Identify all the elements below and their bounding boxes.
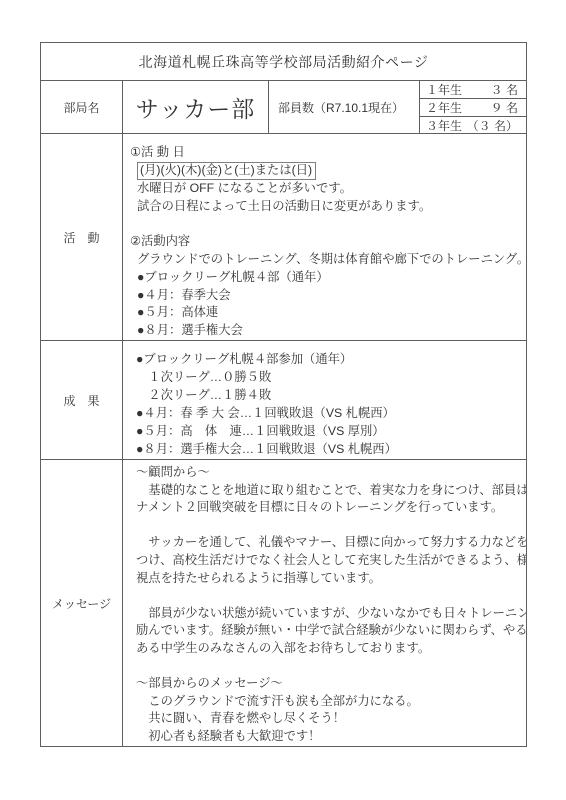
activity-content-line: グラウンドでのトレーニング、冬期は体育館や廊下でのトレーニング。 (123, 251, 526, 269)
blank-line (123, 587, 526, 605)
table-row: ２年生 ９ 名 (420, 98, 526, 116)
grade-label: ３年生 (426, 117, 462, 133)
activity-content-line: ●８月：選手権大会 (123, 322, 526, 340)
activity-content-line: ●ブロックリーグ札幌４部（通年） (123, 269, 526, 287)
page-title: 北海道札幌丘珠高等学校部局活動紹介ページ (41, 43, 526, 80)
activity-days-line: (月)(火)(木)(金)と(土)または(日) (123, 162, 526, 180)
results-line: ●８月：選手権大会…１回戦敗退（VS 札幌西） (123, 440, 526, 458)
message-line: 励んでいます。経験が無い・中学で試合経験が少ないに関わらず、やる気の (123, 622, 526, 640)
message-section: メッセージ ～顧問から～ 基礎的なことを地道に取り組むことで、着実な力を身につけ… (41, 459, 526, 746)
results-line: １次リーグ…０勝５敗 (123, 368, 526, 386)
member-count-table: １年生 ３ 名 ２年生 ９ 名 ３年生 （３ 名） (419, 81, 526, 133)
message-line: 共に闘い、青春を燃やし尽くそう！ (123, 710, 526, 728)
activity-days-note: 試合の日程によって土日の活動日に変更があります。 (123, 198, 526, 216)
results-line: ●ブロックリーグ札幌４部参加（通年） (123, 350, 526, 368)
activity-days-heading: ①活 動 日 (123, 144, 526, 162)
results-line: ２次リーグ…１勝４敗 (123, 386, 526, 404)
member-count-caption: 部員数（R7.10.1現在） (268, 81, 419, 133)
message-line: ある中学生のみなさんの入部をお待ちしております。 (123, 640, 526, 658)
activity-days-note: 水曜日が OFF になることが多いです。 (123, 180, 526, 198)
message-line: つけ、高校生活だけでなく社会人として充実した生活ができるよう、様々な (123, 552, 526, 570)
results-content: ●ブロックリーグ札幌４部参加（通年） １次リーグ…０勝５敗 ２次リーグ…１勝４敗… (122, 341, 526, 459)
activity-content: ①活 動 日 (月)(火)(木)(金)と(土)または(日) 水曜日が OFF に… (122, 134, 526, 340)
club-header-row: 部局名 サッカー部 部員数（R7.10.1現在） １年生 ３ 名 ２年生 ９ 名… (41, 80, 526, 133)
blank-line (123, 517, 526, 535)
activity-content-line: ●４月：春季大会 (123, 287, 526, 305)
message-line: ナメント２回戦突破を目標に日々のトレーニングを行っています。 (123, 499, 526, 517)
grade-label: １年生 (426, 81, 462, 98)
member-count: （３ 名） (467, 117, 518, 133)
activity-section: 活 動 ①活 動 日 (月)(火)(木)(金)と(土)または(日) 水曜日が O… (41, 133, 526, 340)
grade-label: ２年生 (426, 99, 462, 116)
message-line: サッカーを通して、礼儀やマナー、目標に向かって努力する力などを身に (123, 534, 526, 552)
table-row: １年生 ３ 名 (420, 81, 526, 98)
activity-content-heading: ②活動内容 (123, 233, 526, 251)
club-name: サッカー部 (122, 81, 268, 133)
activity-content-line: ●５月：高体連 (123, 304, 526, 322)
results-line: ●４月：春 季 大 会…１回戦敗退（VS 札幌西） (123, 404, 526, 422)
club-intro-document: 北海道札幌丘珠高等学校部局活動紹介ページ 部局名 サッカー部 部員数（R7.10… (40, 42, 527, 747)
message-line: ～顧問から～ (123, 464, 526, 482)
club-name-label: 部局名 (41, 81, 122, 133)
results-section: 成 果 ●ブロックリーグ札幌４部参加（通年） １次リーグ…０勝５敗 ２次リーグ…… (41, 340, 526, 459)
table-row: ３年生 （３ 名） (420, 116, 526, 133)
member-count: ９ 名 (491, 99, 518, 116)
message-content: ～顧問から～ 基礎的なことを地道に取り組むことで、着実な力を身につけ、部員はトー… (122, 460, 526, 746)
results-line: ●５月：高 体 連…１回戦敗退（VS 厚別） (123, 422, 526, 440)
message-line: 部員が少ない状態が続いていますが、少ないなかでも日々トレーニングに (123, 605, 526, 623)
blank-line (123, 658, 526, 676)
message-line: 基礎的なことを地道に取り組むことで、着実な力を身につけ、部員はトー (123, 482, 526, 500)
member-count: ３ 名 (491, 81, 518, 98)
activity-label: 活 動 (41, 134, 122, 340)
results-label: 成 果 (41, 341, 122, 459)
message-line: 視点を持たせられるように指導しています。 (123, 570, 526, 588)
message-label: メッセージ (41, 460, 122, 746)
message-line: ～部員からのメッセージ～ (123, 675, 526, 693)
activity-days-box: (月)(火)(木)(金)と(土)または(日) (137, 162, 316, 180)
message-line: 初心者も経験者も大歓迎です！ (123, 728, 526, 746)
message-line: このグラウンドで流す汗も涙も全部が力になる。 (123, 693, 526, 711)
blank-line (123, 215, 526, 233)
